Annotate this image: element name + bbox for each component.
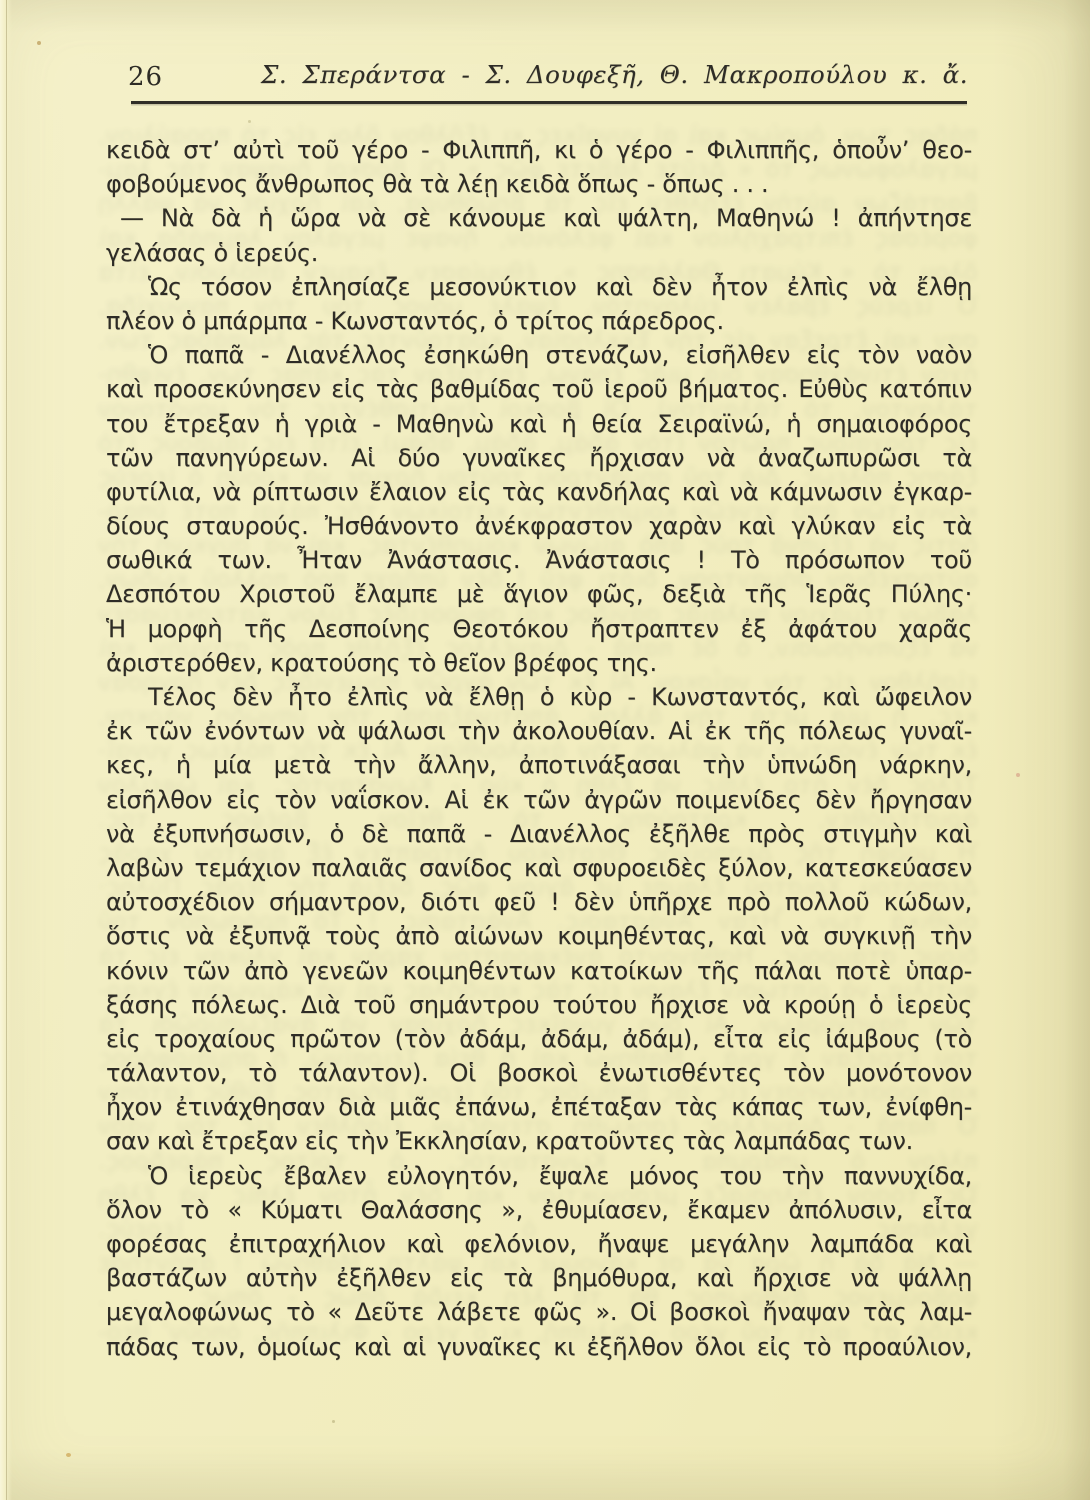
text-line: τάλαντον, τὸ τάλαντον). Οἱ βοσκοὶ ἐνωτισ…: [106, 1056, 972, 1090]
text-line: τῶν πανηγύρεων. Αἱ δύο γυναῖκες ἤρχισαν …: [106, 441, 972, 475]
text-line: Ὁ παπᾶ - Διανέλλος ἐσηκώθη στενάζων, εἰσ…: [106, 338, 972, 372]
text-line: Ἡ μορφὴ τῆς Δεσποίνης Θεοτόκου ἤστραπτεν…: [106, 612, 972, 646]
text-line: ξάσης πόλεως. Διὰ τοῦ σημάντρου τούτου ἤ…: [106, 988, 972, 1022]
text-line: πάδας των, ὁμοίως καὶ αἱ γυναῖκες κι ἐξῆ…: [106, 1330, 972, 1364]
book-page: πάδας των, ὁμοίως καὶ αἱ γυναῖκες κι ἐξῆ…: [0, 0, 1090, 1500]
text-line: κειδὰ στ’ αὐτὶ τοῦ γέρο - Φιλιππῆ, κι ὁ …: [106, 133, 972, 167]
text-line: κόνιν τῶν ἀπὸ γενεῶν κοιμηθέντων κατοίκω…: [106, 954, 972, 988]
text-line: ὅλον τὸ « Κύματι Θαλάσσης », ἐθυμίασεν, …: [106, 1193, 972, 1227]
paper-speck: [1016, 773, 1020, 777]
text-line: φορέσας ἐπιτραχήλιον καὶ φελόνιον, ἤναψε…: [106, 1227, 972, 1261]
text-line: μεγαλοφώνως τὸ « Δεῦτε λάβετε φῶς ». Οἱ …: [106, 1295, 972, 1329]
text-line: νὰ ἐξυπνήσωσιν, ὁ δὲ παπᾶ - Διανέλλος ἐξ…: [106, 817, 972, 851]
text-line: Τέλος δὲν ἦτο ἐλπὶς νὰ ἔλθῃ ὁ κὺρ - Κωνσ…: [106, 680, 972, 714]
header-rule: [131, 101, 967, 104]
text-line: του ἔτρεξαν ἡ γριὰ - Μαθηνὼ καὶ ἡ θεία Σ…: [106, 407, 972, 441]
paper-speck: [66, 1453, 71, 1457]
text-line: γελάσας ὁ ἱερεύς.: [106, 236, 972, 270]
text-block: κειδὰ στ’ αὐτὶ τοῦ γέρο - Φιλιππῆ, κι ὁ …: [106, 133, 972, 1364]
text-line: ἐκ τῶν ἐνόντων νὰ ψάλωσι τὴν ἀκολουθίαν.…: [106, 714, 972, 748]
text-line: κες, ἡ μία μετὰ τὴν ἄλλην, ἀποτινάξασαι …: [106, 748, 972, 782]
text-line: φοβούμενος ἄνθρωπος θὰ τὰ λέῃ κειδὰ ὅπως…: [106, 167, 972, 201]
page-left-edge: [0, 0, 12, 1500]
page-left-edge-line: [6, 0, 7, 1500]
text-line: λαβὼν τεμάχιον παλαιᾶς σανίδος καὶ σφυρο…: [106, 851, 972, 885]
text-line: εἰς τροχαίους πρῶτον (τὸν ἀδάμ, ἀδάμ, ἀδ…: [106, 1022, 972, 1056]
text-line: φυτίλια, νὰ ρίπτωσιν ἔλαιον εἰς τὰς κανδ…: [106, 475, 972, 509]
text-line: σωθικά των. Ἦταν Ἀνάστασις. Ἀνάστασις ! …: [106, 543, 972, 577]
paper-speck: [37, 41, 41, 45]
text-line: εἰσῆλθον εἰς τὸν ναΐσκον. Αἱ ἐκ τῶν ἀγρῶ…: [106, 783, 972, 817]
text-line: ἦχον ἐτινάχθησαν διὰ μιᾶς ἐπάνω, ἐπέταξα…: [106, 1090, 972, 1124]
page-number: 26: [128, 62, 163, 92]
paper-speck: [332, 1420, 335, 1423]
text-line: πλέον ὁ μπάρμπα - Κωνσταντός, ὁ τρίτος π…: [106, 304, 972, 338]
text-line: βαστάζων αὐτὴν ἐξῆλθεν εἰς τὰ βημόθυρα, …: [106, 1261, 972, 1295]
text-line: αὐτοσχέδιον σήμαντρον, διότι φεῦ ! δὲν ὑ…: [106, 885, 972, 919]
text-line: Ὁ ἱερεὺς ἔβαλεν εὐλογητόν, ἔψαλε μόνος τ…: [106, 1159, 972, 1193]
text-line: ἀριστερόθεν, κρατούσης τὸ θεῖον βρέφος τ…: [106, 646, 972, 680]
text-line: — Νὰ δὰ ἡ ὥρα νὰ σὲ κάνουμε καὶ ψάλτη, Μ…: [106, 201, 972, 235]
text-line: Ὡς τόσον ἐπλησίαζε μεσονύκτιον καὶ δὲν ἦ…: [106, 270, 972, 304]
text-line: δίους σταυρούς. Ἠσθάνοντο ἀνέκφραστον χα…: [106, 509, 972, 543]
text-line: καὶ προσεκύνησεν εἰς τὰς βαθμίδας τοῦ ἱε…: [106, 372, 972, 406]
text-line: σαν καὶ ἔτρεξαν εἰς τὴν Ἐκκλησίαν, κρατο…: [106, 1124, 972, 1158]
text-line: ὅστις νὰ ἐξυπνᾷ τοὺς ἀπὸ αἰώνων κοιμηθέν…: [106, 919, 972, 953]
running-header: Σ. Σπεράντσα - Σ. Δουφεξῆ, Θ. Μακροπούλο…: [261, 60, 968, 89]
text-line: Δεσπότου Χριστοῦ ἔλαμπε μὲ ἅγιον φῶς, δε…: [106, 577, 972, 611]
